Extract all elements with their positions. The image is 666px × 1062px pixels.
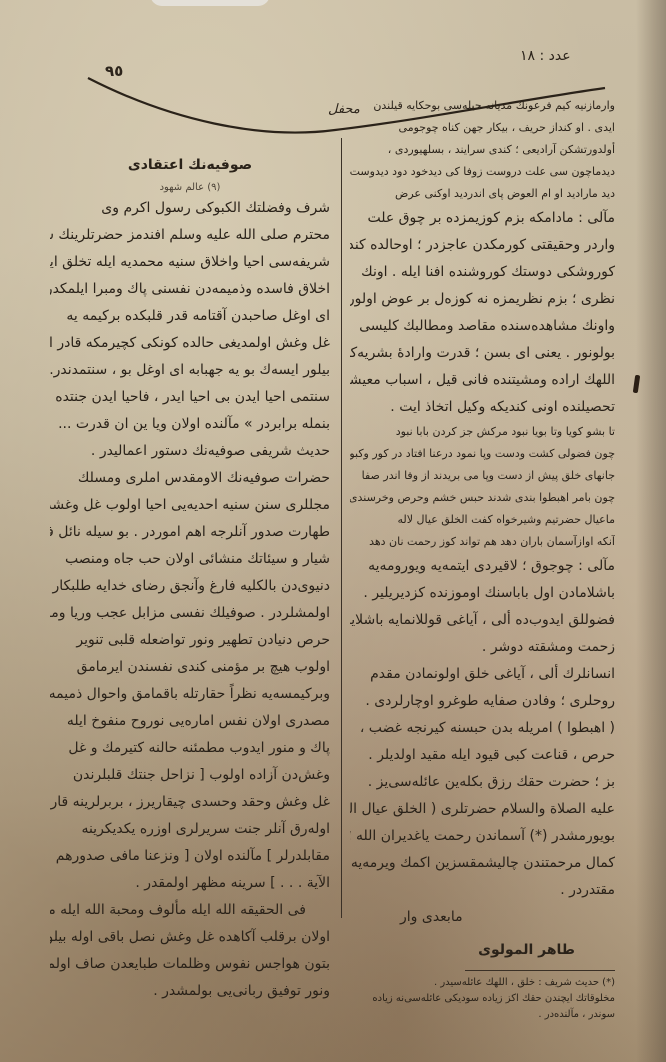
text-line: روحلری ؛ وفادن صفایه طوغرو اوچارلردی . — [350, 688, 615, 715]
verse-commentary: مآلی : چوجوق ؛ لاقیردی ایتمه‌یه ویورومه‌… — [350, 553, 615, 904]
text-line: مقابلدرلر ] مآلنده اولان [ ونزعنا مافی ص… — [50, 843, 330, 870]
persian-verse-block: تا بشو كویا وتا بویا نبود مركش جز كردن ب… — [350, 421, 615, 553]
verse-hemistich-second: مركش جز كردن بابا نبود — [396, 425, 508, 438]
verse-hemistich-second: درعنا افتاد در كور وكبود — [350, 447, 453, 460]
text-line: وارمازنیه كیم فرعونك مدیانه حیله‌سی بوحك… — [350, 95, 615, 117]
verse-hemistich-second: حبس خشم وحرص وخرسندی شدند — [350, 491, 484, 504]
text-line: غل وغش وحقد وحسدی چیقاریرز ، بربرلرینه ق… — [50, 789, 330, 816]
text-line: بیلور ایسه‌ك بو یه جهبابه ای اوغل بو ، س… — [50, 357, 330, 384]
text-line: دنیوی‌دن بالكلیه فارغ وآنجق رضای خدایه ط… — [50, 573, 330, 600]
text-line: بنمله برابردر » مآلنده اولان ویا ین ان ق… — [50, 411, 330, 438]
text-line: مجللری سنن سنیه احدیه‌یی احیا اولوب غل و… — [50, 492, 330, 519]
text-line: باشلامادن اول باباسنك اوموزنده كزدیریلیر… — [350, 580, 615, 607]
text-line: مخلوقاتك ایچندن حقك اكز زیاده سودیكی عائ… — [350, 991, 615, 1007]
page-fold-shadow — [636, 0, 666, 1062]
text-line: ایدی . او كنداز حریف ، بیكار جهن كناه چو… — [350, 117, 615, 139]
article-title: صوفیه‌نك اعتقادی — [50, 152, 330, 179]
article-title-note: (٩) عالم شهود — [50, 181, 330, 195]
text-line: كمال مرحمتندن چالیشمقسزین اكمك ویرمه‌یه — [350, 850, 615, 877]
verse-hemistich-first: آنكه اوازآسمان باران دهد — [497, 535, 615, 548]
verse-hemistich-second: هم تواند كوز رحمت نان دهد — [369, 535, 497, 548]
text-line: زحمت ومشقته دوشر . — [350, 634, 615, 661]
scanned-page: ٩٥ عدد : ١٨ محفل صوفیه‌نك اعتقادی (٩) عا… — [0, 0, 666, 1062]
text-line: فی الحقیقه الله ایله مألوف ومحبة الله ای… — [50, 897, 330, 924]
text-line: بتون هواجس نفوس وظلمات طبایعدن صاف اولمش — [50, 951, 330, 978]
verse-hemistich-first: تا بشو كویا وتا بویا نبود — [508, 425, 615, 438]
text-line: محترم صلی الله علیه وسلم افندمز حضرتلرین… — [50, 222, 330, 249]
right-column: وارمازنیه كیم فرعونك مدیانه حیله‌سی بوحك… — [350, 95, 615, 1023]
text-line: بولونور . یعنی ای بسن ؛ قدرت وارادهٔ بشر… — [350, 340, 615, 367]
verse-hemistich-first: ماعیال حضرتیم وشیرخواه — [493, 513, 615, 526]
text-line: اولمشلردر . صوفیلك نفسی مزابل عجب وریا و… — [50, 600, 330, 627]
text-line: علیه الصلاة والسلام حضرتلری ( الخلق عیال… — [350, 796, 615, 823]
footnote: (*) حدیث شریف : خلق ، اللهك عائله‌سیدر .… — [350, 975, 615, 1023]
text-line: بویورمشدر (*) آسماندن رحمت یاغدیران الله… — [350, 823, 615, 850]
text-line: تحصیلنده اونی كندیكه وكیل اتخاذ ایت . — [350, 394, 615, 421]
verse-couplet: ماعیال حضرتیم وشیرخواه كفت الخلق عیال لا… — [350, 509, 615, 531]
text-line: سوندر ، مآلنده‌در . — [350, 1007, 615, 1023]
verse-couplet: آنكه اوازآسمان باران دهد هم تواند كوز رح… — [350, 531, 615, 553]
to-be-continued: مابعدی وار — [350, 904, 615, 931]
text-line: اوله‌رق آنلر جنت سریرلری اوزره یكدیكرینه — [50, 816, 330, 843]
text-line: شیار و سیئاتك منشائی اولان حب جاه ومنصب — [50, 546, 330, 573]
text-line: دید مارادید او ام العوض پای اندردید اوكن… — [350, 183, 615, 205]
text-line: (*) حدیث شریف : خلق ، اللهك عائله‌سیدر . — [350, 975, 615, 991]
text-line: پاك و منور ایدوب مطمئنه حالنه كتیرمك و غ… — [50, 735, 330, 762]
text-line: فضوللق ایدوب‌ده ألی ، آیاغی قوللانمایه ب… — [350, 607, 615, 634]
issue-number: عدد : ١٨ — [520, 48, 571, 64]
text-line: مآلی : چوجوق ؛ لاقیردی ایتمه‌یه ویورومه‌… — [350, 553, 615, 580]
text-line: حضرات صوفیه‌نك الاومقدس املری ومسلك — [50, 465, 330, 492]
text-line: واردر وحقیقتی كورمكدن عاجزدر ؛ اوحالده ك… — [350, 232, 615, 259]
text-line: حدیث شریفی صوفیه‌نك دستور اعمالیدر . — [50, 438, 330, 465]
verse-couplet: جانهای خلق پیش از دست وپا می بریدند از و… — [350, 465, 615, 487]
verse-hemistich-second: كفت الخلق عیال لاله — [398, 513, 493, 526]
text-line: مقتدردر . — [350, 877, 615, 904]
verse-couplet: چون بامر اهبطوا بندی شدند حبس خشم وحرص و… — [350, 487, 615, 509]
text-line: وغش‌دن آزاده اولوب [ نزاحل جنتك قلبلرندن — [50, 762, 330, 789]
persian-verse-top: وارمازنیه كیم فرعونك مدیانه حیله‌سی بوحك… — [350, 95, 615, 205]
text-line: مصدری اولان نفس اماره‌یی نوروح منفوخ ایل… — [50, 708, 330, 735]
text-line: بز ؛ حضرت حقك رزق بكله‌ین عائله‌سی‌یز . — [350, 769, 615, 796]
verse-hemistich-second: می بریدند از وفا اندر صفا — [362, 469, 479, 482]
text-line: ای اوغل صاحبدن آقتامه قدر قلبكده بركیمه … — [50, 303, 330, 330]
text-line: اولان برقلب آكاهده غل وغش نصل باقی اوله … — [50, 924, 330, 951]
text-line: حرص دنیادن تطهیر ونور تواضعله قلبی تنویر — [50, 627, 330, 654]
footnote-rule — [465, 970, 615, 971]
article-closing-paragraph: فی الحقیقه الله ایله مألوف ومحبة الله ای… — [50, 897, 330, 1005]
text-line: طهارت صدور آنلرجه اهم اموردر . بو سیله ن… — [50, 519, 330, 546]
text-line: شرف وفضلتك الكبوكی رسول اكرم وی — [50, 195, 330, 222]
text-line: اخلاق فاسده وذمیمه‌دن نفسنی پاك ومبرا ای… — [50, 276, 330, 303]
text-line: نظری ؛ بزم نظریمزه نه كوزه‌ل بر عوض اولو… — [350, 286, 615, 313]
text-line: أولدورتشكن آرادیعی ؛ كندی سرایند ، بسلهی… — [350, 139, 615, 161]
text-line: كوروشكی دوستك كوروشنده افنا ایله . اونك — [350, 259, 615, 286]
text-line: واونك مشاهده‌سنده مقاصد ومطالبك كلیسی — [350, 313, 615, 340]
author-signature: طاهر المولوی — [350, 937, 615, 964]
verse-couplet: تا بشو كویا وتا بویا نبود مركش جز كردن ب… — [350, 421, 615, 443]
text-line: غل وغش اولمدیغی حالده كونكی كچیرمكه قادر… — [50, 330, 330, 357]
text-line: دیدماچون سی علت دروست زوفا كی دیدخود دود… — [350, 161, 615, 183]
page-number: ٩٥ — [105, 62, 123, 80]
text-line: مآلی : مادامكه بزم كوزیمزده بر چوق علت — [350, 205, 615, 232]
text-line: ونور توفیق ربانی‌یی بولمشدر . — [50, 978, 330, 1005]
text-line: وبركیمسه‌یه نظراً حقارتله باقمامق واحوال… — [50, 681, 330, 708]
left-column: صوفیه‌نك اعتقادی (٩) عالم شهود شرف وفضلت… — [50, 140, 330, 1005]
verse-meaning: مآلی : مادامكه بزم كوزیمزده بر چوق علتوا… — [350, 205, 615, 421]
text-line: اولوب هیچ بر مؤمنی كندی نفسندن ایرمامق — [50, 654, 330, 681]
text-line: شریفه‌سی احیا واخلاق سنیه محمدیه ایله تخ… — [50, 249, 330, 276]
verse-couplet: چون فضولی كشت ودست وپا نمود درعنا افتاد … — [350, 443, 615, 465]
verse-hemistich-first: چون بامر اهبطوا بندی شدند — [484, 491, 615, 504]
text-line: حرص ، قناعت كبی قیود ایله مقید اولدیلر . — [350, 742, 615, 769]
text-line: سنتمی احیا ایدن بی احیا ایدر ، فاحیا اید… — [50, 384, 330, 411]
text-line: اللهك اراده ومشیتنده فانی قیل ، اسباب مع… — [350, 367, 615, 394]
article-body: شرف وفضلتك الكبوكی رسول اكرم ویمحترم صلی… — [50, 195, 330, 897]
text-line: الآیة . . . ] سرینه مظهر اولمقدر . — [50, 870, 330, 897]
column-divider — [341, 138, 342, 918]
text-line: ( اهبطوا ) امریله بدن حبسنه كیرنجه غضب ، — [350, 715, 615, 742]
verse-hemistich-first: چون فضولی كشت ودست وپا نمود — [453, 447, 615, 460]
text-line: انسانلرك ألی ، آیاغی خلق اولونمادن مقدم — [350, 661, 615, 688]
verse-hemistich-first: جانهای خلق پیش از دست وپا — [479, 469, 615, 482]
